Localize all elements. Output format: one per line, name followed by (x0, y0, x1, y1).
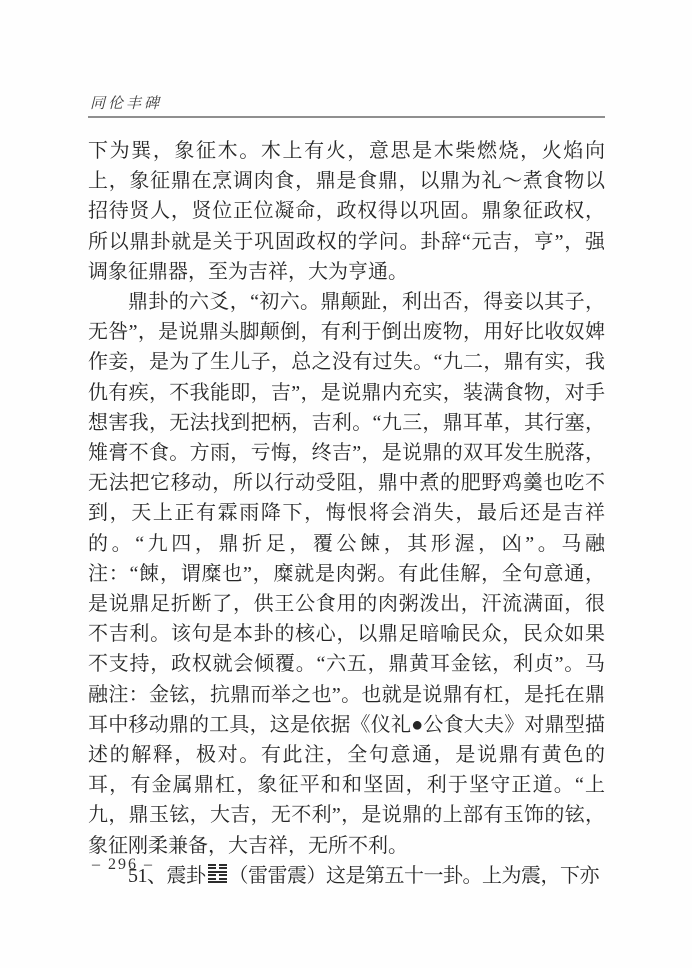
header-rule (88, 116, 605, 118)
hexagram-zhen-icon (208, 864, 227, 884)
paragraph-ding-overview: 下为巽，象征木。木上有火，意思是木柴燃烧，火焰向上，象征鼎在烹调肉食，鼎是食鼎，… (88, 136, 605, 287)
page-body: 下为巽，象征木。木上有火，意思是木柴燃烧，火焰向上，象征鼎在烹调肉食，鼎是食鼎，… (88, 136, 605, 891)
zhen-intro-after-text: （雷雷震）这是第五十一卦。上为震，下亦 (229, 865, 600, 887)
page-number: – 296 – (92, 856, 154, 874)
paragraph-zhen-intro: 51、震卦（雷雷震）这是第五十一卦。上为震，下亦 (88, 861, 605, 891)
paragraph-ding-six-lines: 鼎卦的六爻，“初六。鼎颠趾，利出否，得妾以其子，无咎”，是说鼎头脚颠倒，有利于倒… (88, 287, 605, 861)
book-page: 同伦丰碑 下为巽，象征木。木上有火，意思是木柴燃烧，火焰向上，象征鼎在烹调肉食，… (0, 0, 692, 968)
running-header: 同伦丰碑 (90, 92, 162, 113)
